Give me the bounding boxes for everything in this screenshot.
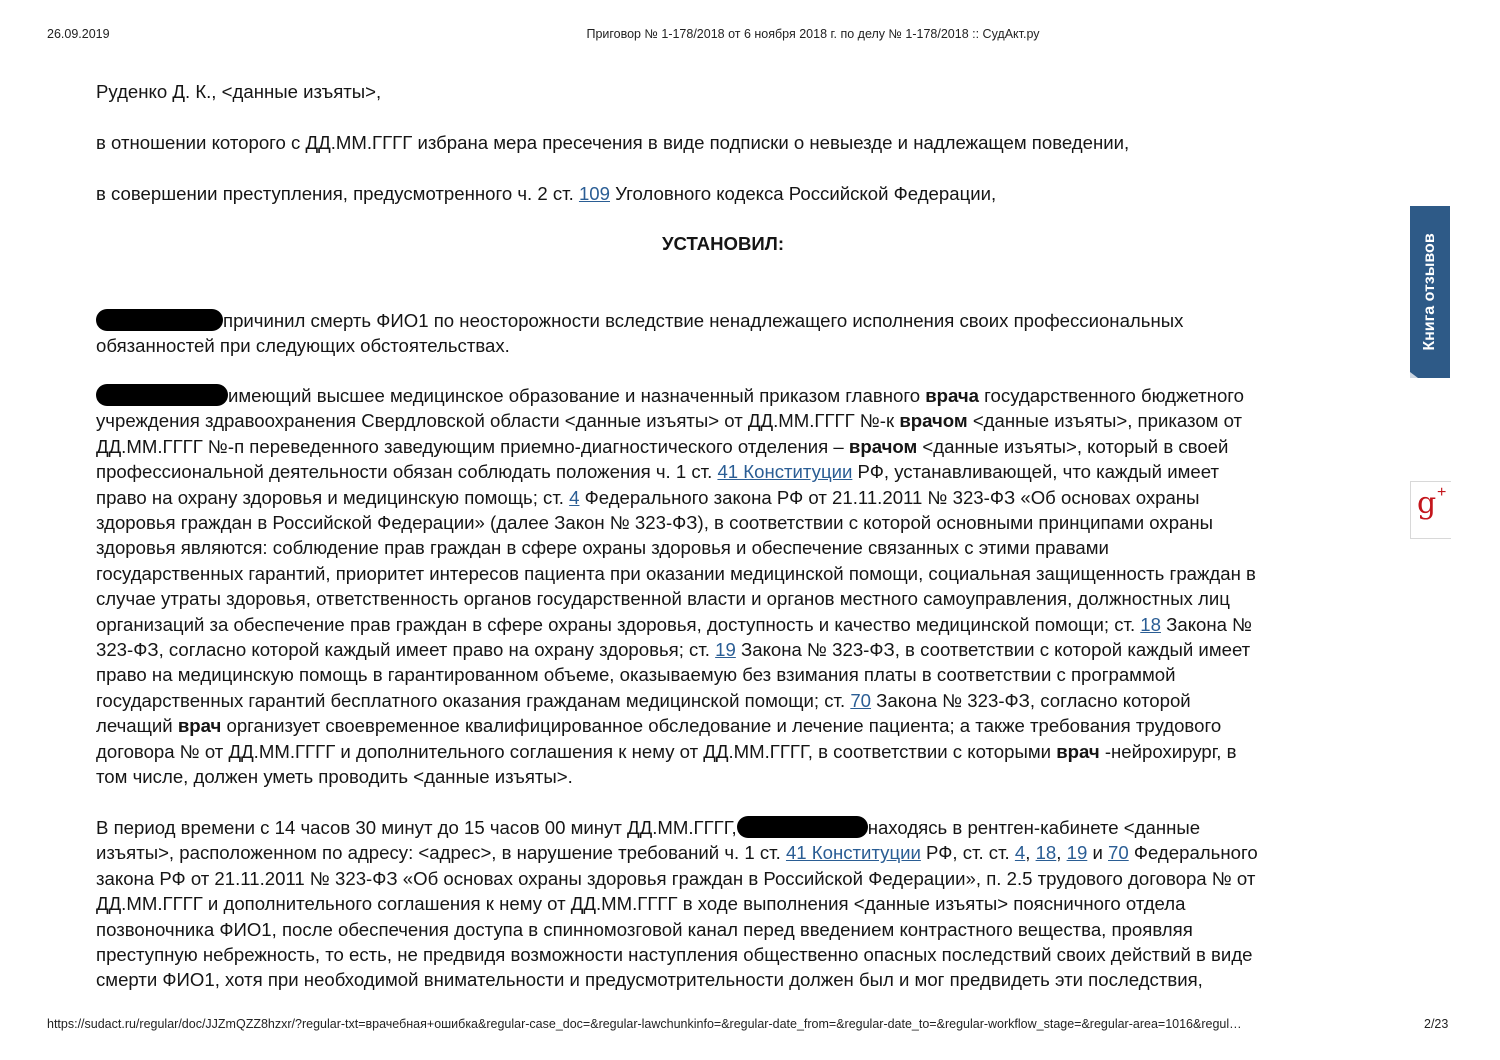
constitution-41-link[interactable]: 41 Конституции [786,842,921,863]
redacted-name [96,309,223,331]
section-heading: УСТАНОВИЛ: [96,231,1350,256]
article-4-link[interactable]: 4 [569,487,579,508]
feedback-book-label: Книга отзывов [1421,233,1439,350]
google-plus-plus-glyph: + [1437,484,1446,502]
redacted-name [737,816,868,838]
feedback-book-tab[interactable]: Книга отзывов [1410,206,1450,378]
google-plus-icon: g [1417,486,1436,521]
print-footer: https://sudact.ru/regular/doc/JJZmQZZ8hz… [0,1017,1500,1033]
article-70-link[interactable]: 70 [1108,842,1129,863]
article-19-link[interactable]: 19 [1067,842,1088,863]
article-70-link[interactable]: 70 [850,690,871,711]
paragraph-established: причинил смерть ФИО1 по неосторожности в… [96,308,1366,359]
print-url: https://sudact.ru/regular/doc/JJZmQZZ8hz… [47,1017,1242,1031]
google-plus-button[interactable]: g + [1410,481,1451,539]
page-number: 2/23 [1424,1017,1448,1031]
article-109-link[interactable]: 109 [579,183,610,204]
charge-line: в совершении преступления, предусмотренн… [96,181,1366,206]
paragraph-duties: имеющий высшее медицинское образование и… [96,383,1366,790]
print-page-title: Приговор № 1-178/2018 от 6 ноября 2018 г… [0,27,1500,41]
defendant-line: Руденко Д. К., <данные изъяты>, [96,79,1366,104]
redacted-name [96,384,228,406]
constitution-41-link[interactable]: 41 Конституции [717,461,852,482]
preventive-measure-line: в отношении которого с ДД.ММ.ГГГГ избран… [96,130,1366,155]
article-19-link[interactable]: 19 [715,639,736,660]
article-4-link[interactable]: 4 [1015,842,1025,863]
article-18-link[interactable]: 18 [1140,614,1161,635]
article-18-link[interactable]: 18 [1036,842,1057,863]
print-header: 26.09.2019 Приговор № 1-178/2018 от 6 но… [0,27,1500,43]
paragraph-incident: В период времени с 14 часов 30 минут до … [96,815,1366,993]
